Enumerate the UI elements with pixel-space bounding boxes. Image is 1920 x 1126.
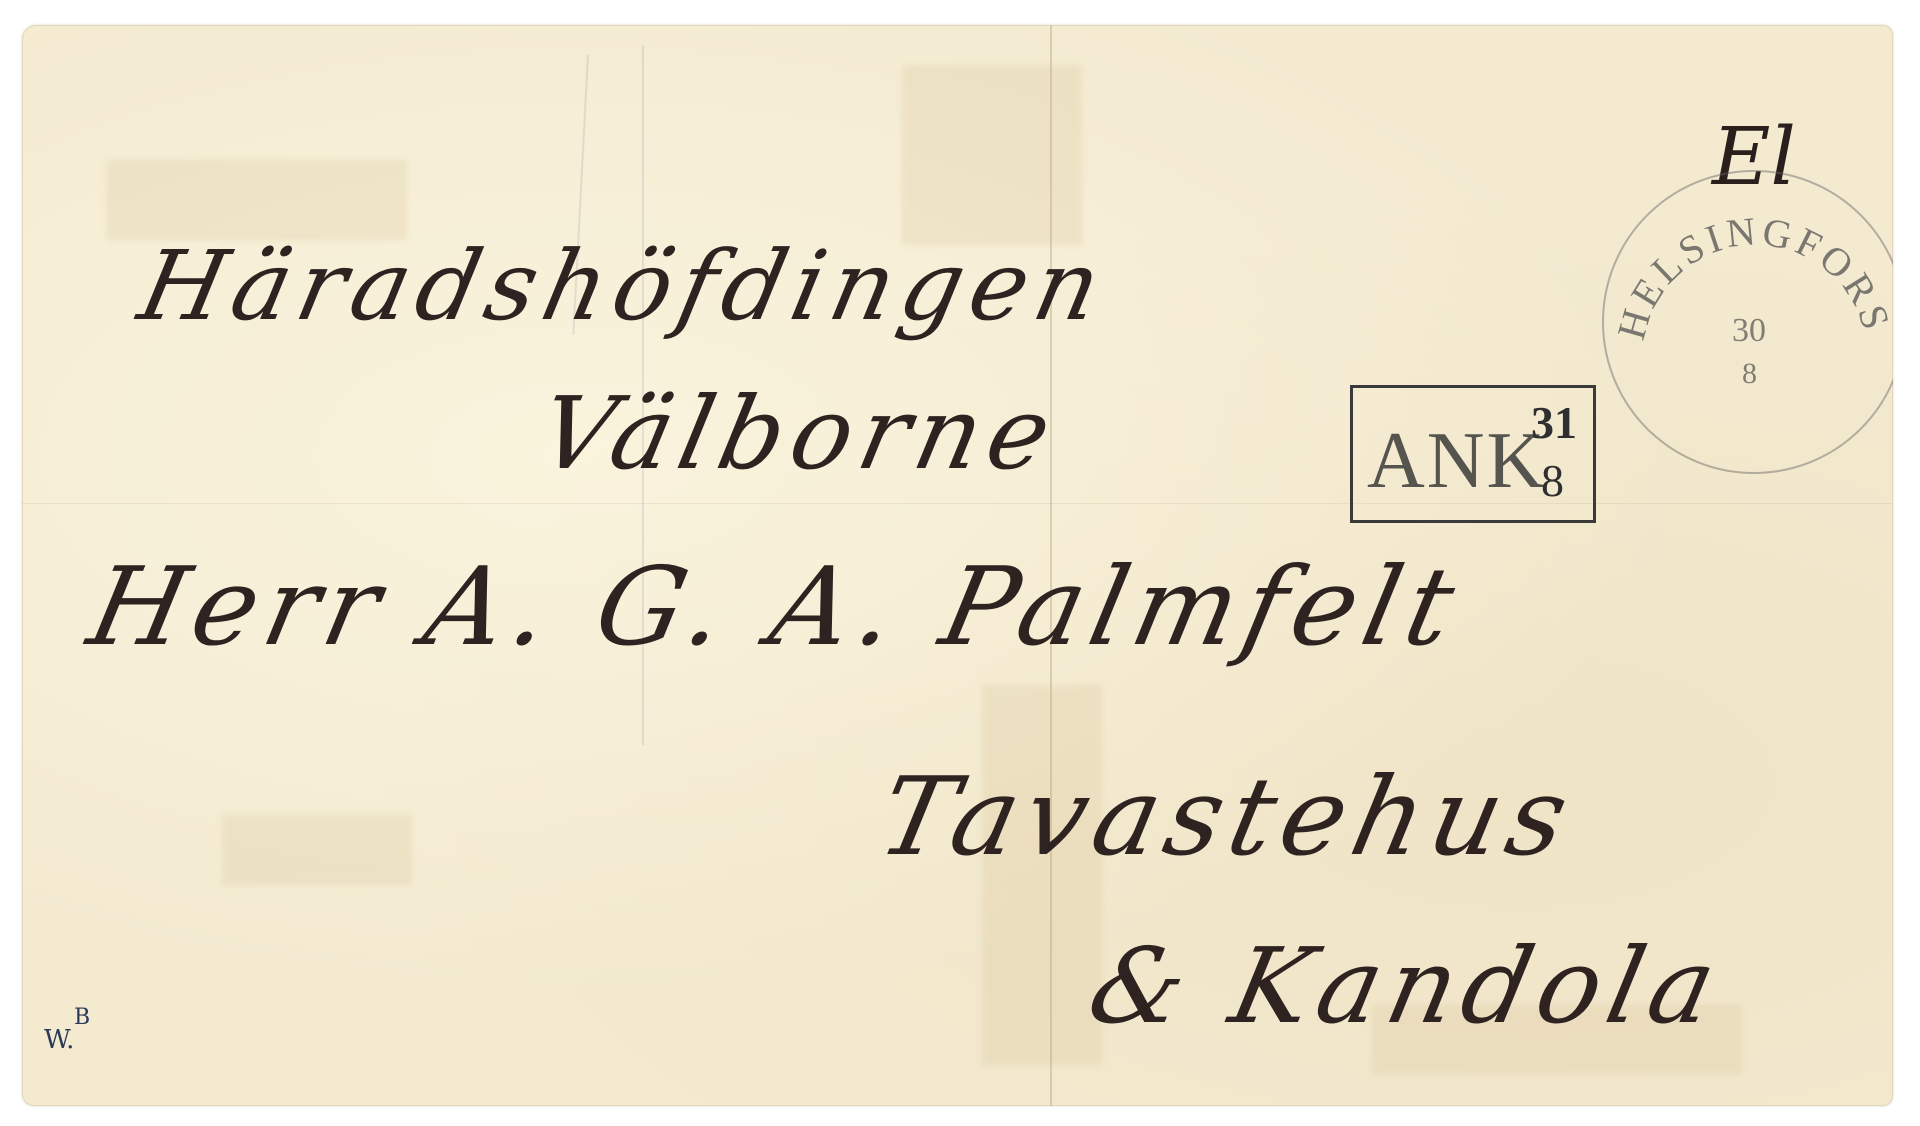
- arrival-stamp-month: 8: [1541, 454, 1564, 507]
- initials-sup: B: [74, 1005, 90, 1030]
- initials-mark: W. B: [44, 1025, 74, 1055]
- arrival-stamp-box: ANK 31 8: [1350, 385, 1596, 523]
- paper-stain: [107, 160, 407, 240]
- address-line-title: Häradshöfdingen: [130, 230, 1118, 342]
- horizontal-fold: [22, 503, 1893, 504]
- address-line-honorific: Välborne: [530, 375, 1069, 492]
- circular-postmark: HELSINGFORS 30 8: [1602, 170, 1893, 474]
- postmark-month: 8: [1742, 357, 1757, 391]
- initials-main: W.: [44, 1025, 74, 1055]
- letter-cover: Häradshöfdingen Välborne Herr A. G. A. P…: [22, 25, 1893, 1106]
- paper-stain: [902, 65, 1082, 245]
- arrival-stamp-day: 31: [1531, 396, 1577, 449]
- postmark-day: 30: [1732, 312, 1766, 350]
- arrival-stamp-text: ANK: [1367, 416, 1546, 507]
- address-line-town: Tavastehus: [869, 755, 1586, 880]
- address-line-place: & Kandola: [1079, 925, 1734, 1047]
- paper-stain: [222, 815, 412, 885]
- address-line-recipient: Herr A. G. A. Palmfelt: [79, 545, 1473, 670]
